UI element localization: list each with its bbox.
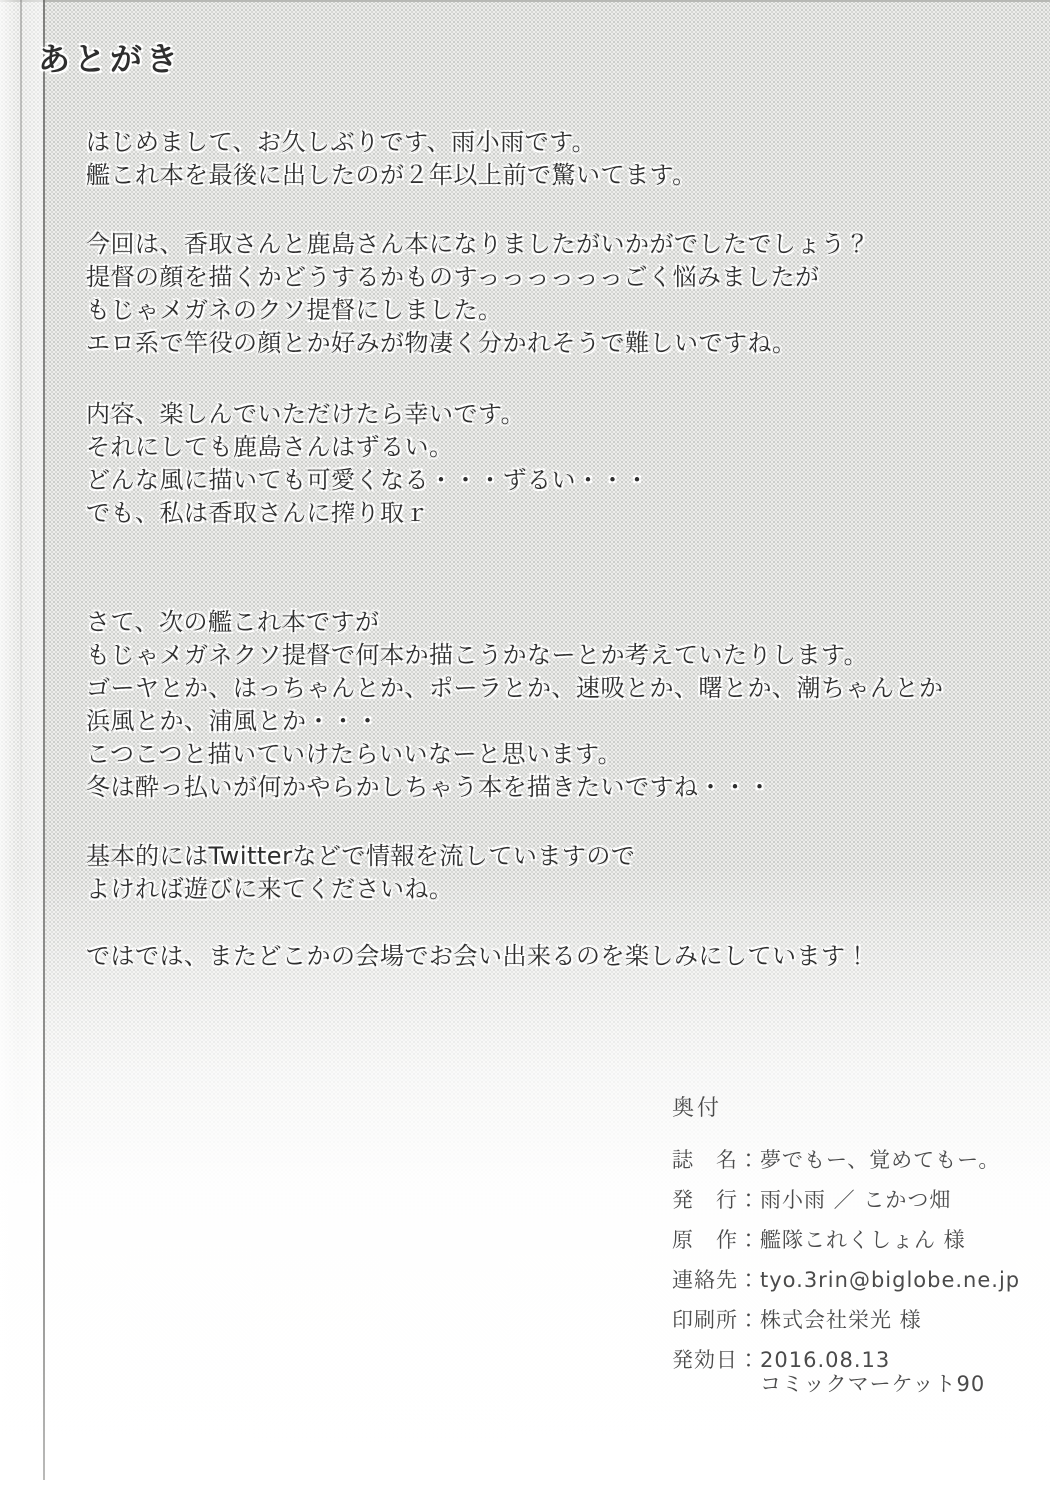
afterword-title: あとがき <box>38 34 182 80</box>
colophon-label: 原 作： <box>672 1228 760 1252</box>
colophon-label: 誌 名： <box>672 1148 760 1172</box>
colophon-date: 2016.08.13 <box>760 1348 985 1372</box>
colophon-label: 印刷所： <box>672 1308 760 1332</box>
colophon-entry-publisher: 発 行：雨小雨 ／ こかつ畑 <box>672 1188 1020 1212</box>
colophon-label: 発 行： <box>672 1188 760 1212</box>
colophon-entry-printer: 印刷所：株式会社栄光 様 <box>672 1308 1020 1332</box>
text-line: こつこつと描いていけたらいいなーと思います。 <box>86 738 986 771</box>
scan-top-edge <box>0 0 1050 2</box>
paragraph-next-books: さて、次の艦これ本ですが もじゃメガネクソ提督で何本か描こうかなーとか考えていた… <box>86 606 986 804</box>
text-line: 基本的にはTwitterなどで情報を流していますので <box>86 840 986 873</box>
paragraph-twitter-info: 基本的にはTwitterなどで情報を流していますので よければ遊びに来てください… <box>86 840 986 906</box>
text-line: ではでは、またどこかの会場でお会い出来るのを楽しみにしています！ <box>86 940 986 973</box>
colophon-event-name: コミックマーケット90 <box>760 1372 985 1396</box>
colophon-entry-original-work: 原 作：艦隊これくしょん 様 <box>672 1228 1020 1252</box>
paragraph-farewell: ではでは、またどこかの会場でお会い出来るのを楽しみにしています！ <box>86 940 986 973</box>
colophon-entry-title: 誌 名：夢でもー、覚めてもー。 <box>672 1148 1020 1172</box>
scanned-afterword-page: あとがき はじめまして、お久しぶりです、雨小雨です。 艦これ本を最後に出したのが… <box>0 0 1050 1492</box>
text-line: もじゃメガネのクソ提督にしました。 <box>86 294 986 327</box>
colophon-value: 夢でもー、覚めてもー。 <box>760 1148 1000 1172</box>
colophon-entry-issue-date: 発効日：2016.08.13コミックマーケット90 <box>672 1348 1020 1396</box>
text-line: 艦これ本を最後に出したのが２年以上前で驚いてます。 <box>86 159 986 192</box>
colophon-label: 発効日： <box>672 1348 760 1372</box>
text-line: それにしても鹿島さんはずるい。 <box>86 431 986 464</box>
text-line: もじゃメガネクソ提督で何本か描こうかなーとか考えていたりします。 <box>86 639 986 672</box>
scan-streak <box>20 0 22 895</box>
colophon-label: 連絡先： <box>672 1268 760 1292</box>
colophon: 奥付 誌 名：夢でもー、覚めてもー。 発 行：雨小雨 ／ こかつ畑 原 作：艦隊… <box>672 1096 1020 1412</box>
text-line: ゴーヤとか、はっちゃんとか、ポーラとか、速吸とか、曙とか、潮ちゃんとか <box>86 672 986 705</box>
colophon-entry-contact: 連絡先：tyo.3rin@biglobe.ne.jp <box>672 1268 1020 1292</box>
paragraph-greeting: はじめまして、お久しぶりです、雨小雨です。 艦これ本を最後に出したのが２年以上前… <box>86 126 986 192</box>
colophon-heading: 奥付 <box>672 1096 1020 1122</box>
text-line: 冬は酔っ払いが何かやらかしちゃう本を描きたいですね・・・ <box>86 771 986 804</box>
text-line: さて、次の艦これ本ですが <box>86 606 986 639</box>
text-line: 提督の顔を描くかどうするかものすっっっっっっごく悩みましたが <box>86 261 986 294</box>
afterword-body: はじめまして、お久しぶりです、雨小雨です。 艦これ本を最後に出したのが２年以上前… <box>86 126 986 973</box>
colophon-value: 2016.08.13コミックマーケット90 <box>760 1348 985 1396</box>
text-line: よければ遊びに来てくださいね。 <box>86 873 986 906</box>
paragraph-content-notes: 内容、楽しんでいただけたら幸いです。 それにしても鹿島さんはずるい。 どんな風に… <box>86 398 986 530</box>
text-line: はじめまして、お久しぶりです、雨小雨です。 <box>86 126 986 159</box>
colophon-value: 雨小雨 ／ こかつ畑 <box>760 1188 951 1212</box>
text-line: 浜風とか、浦風とか・・・ <box>86 705 986 738</box>
text-line: 今回は、香取さんと鹿島さん本になりましたがいかがでしたでしょう？ <box>86 228 986 261</box>
text-line: エロ系で竿役の顔とか好みが物凄く分かれそうで難しいですね。 <box>86 327 986 360</box>
text-line: でも、私は香取さんに搾り取ｒ <box>86 497 986 530</box>
text-line: 内容、楽しんでいただけたら幸いです。 <box>86 398 986 431</box>
text-line: どんな風に描いても可愛くなる・・・ずるい・・・ <box>86 464 986 497</box>
colophon-value: 艦隊これくしょん 様 <box>760 1228 966 1252</box>
colophon-email: tyo.3rin@biglobe.ne.jp <box>760 1268 1020 1292</box>
colophon-value: 株式会社栄光 様 <box>760 1308 922 1332</box>
gutter-line <box>43 0 45 1480</box>
paragraph-book-theme: 今回は、香取さんと鹿島さん本になりましたがいかがでしたでしょう？ 提督の顔を描く… <box>86 228 986 360</box>
